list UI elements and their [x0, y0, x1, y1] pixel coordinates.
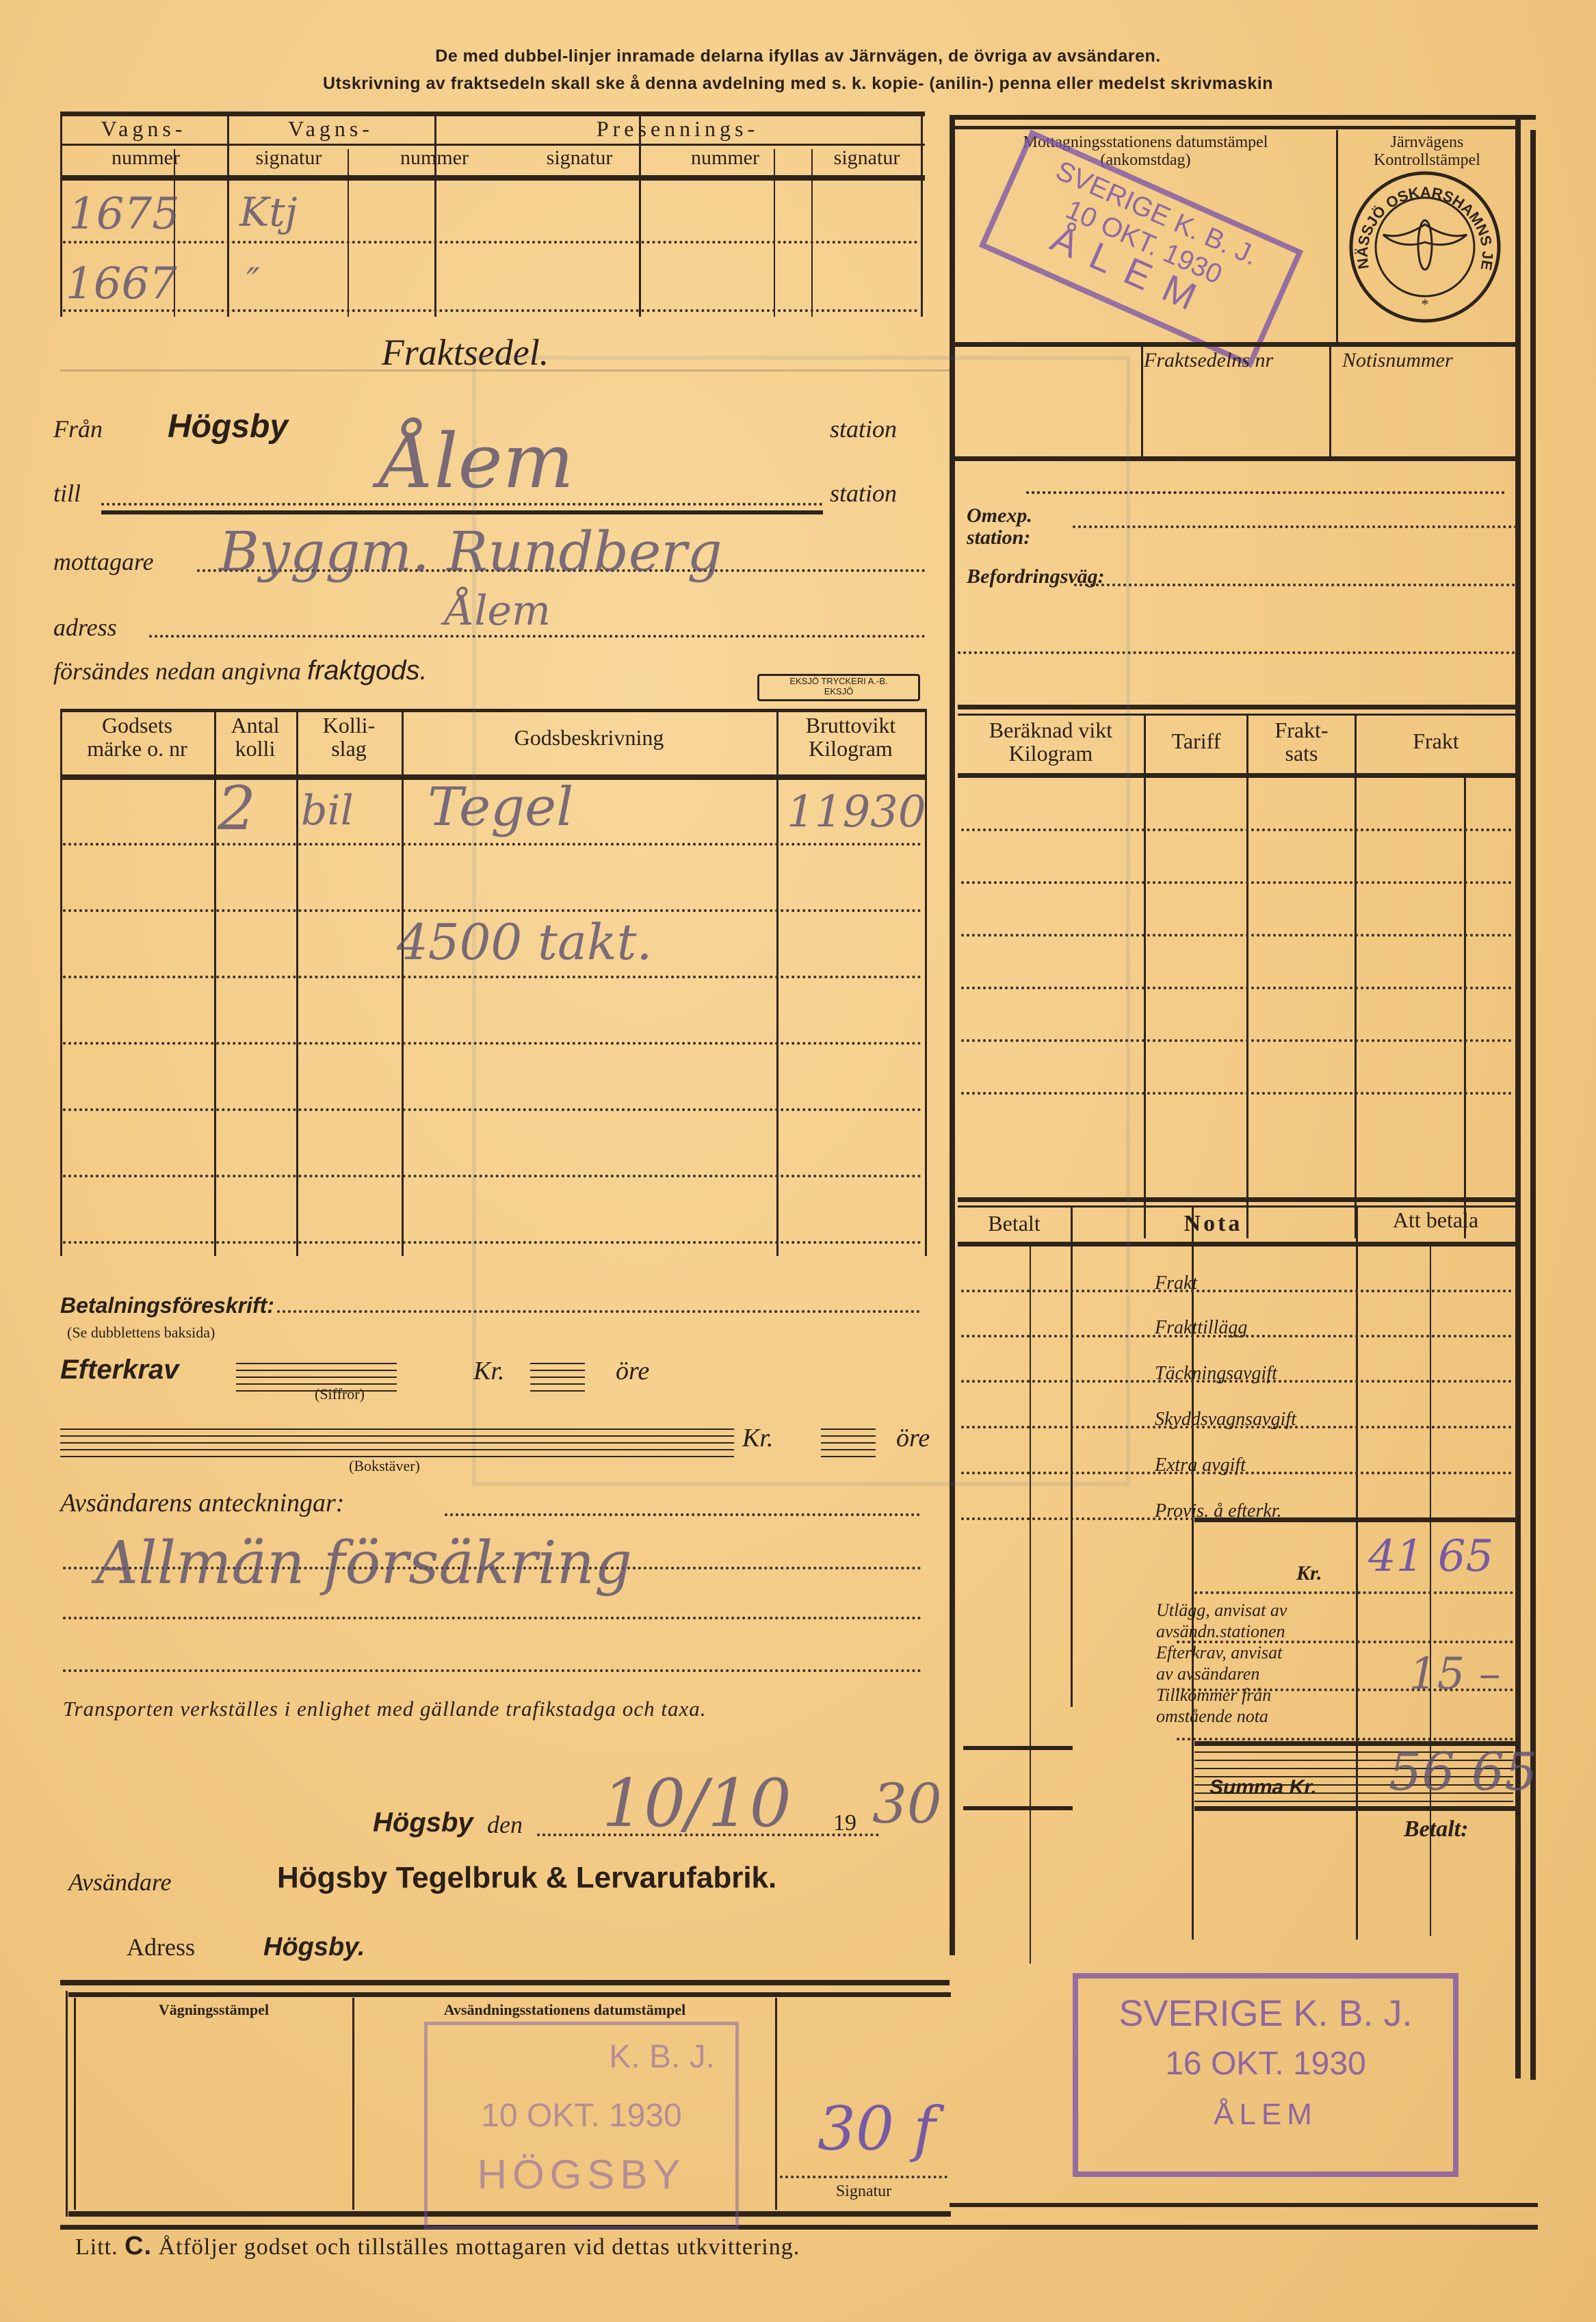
sender-label: Avsändare: [68, 1868, 172, 1896]
dispatch-date-stamp: K. B. J. 10 OKT. 1930 HÖGSBY: [424, 2022, 739, 2230]
tarp-group: Presennings-: [434, 116, 921, 142]
nota-header-att-betala: Att betala: [1356, 1208, 1515, 1233]
goods-header-type-1: Kolli-: [296, 714, 402, 737]
nota-kr-value[interactable]: 41 65: [1368, 1531, 1493, 1582]
wagon-number-1[interactable]: 1675: [68, 189, 180, 239]
weight-header-rate-2: sats: [1248, 742, 1355, 765]
from-label: Från: [53, 415, 103, 443]
wagon-group-2: Vagns-: [227, 116, 434, 142]
footer-litt: Litt.: [75, 2234, 118, 2260]
dispatch-text-main: försändes nedan angivna: [53, 657, 301, 685]
control-label-1: Järnvägens: [1338, 133, 1516, 151]
goods-header-count-1: Antal: [214, 714, 296, 737]
recipient-label: mottagare: [53, 547, 154, 576]
year-input[interactable]: 30: [872, 1772, 942, 1836]
arrival-date-stamp: SVERIGE K. B. J. 16 OKT. 1930 ÅLEM: [1073, 1973, 1458, 2177]
weighing-stamp-label: Vägningsstämpel: [75, 2001, 352, 2019]
dispatch-stamp-line-2: 10 OKT. 1930: [428, 2087, 735, 2145]
cod-ore-label: öre: [616, 1356, 649, 1386]
wagon-signature-1[interactable]: Ktj: [239, 189, 298, 235]
sender-notes-label: Avsändarens anteckningar:: [60, 1488, 344, 1518]
nota-kr-label: Kr.: [1296, 1562, 1322, 1585]
signature-label: Signatur: [776, 2182, 951, 2201]
reception-date-label-text: Mottagningsstationens datumstämpel: [955, 133, 1336, 151]
sender-address-label: Adress: [127, 1933, 195, 1961]
place-label: Högsby: [373, 1808, 473, 1838]
dispatch-stamp-line-3: HÖGSBY: [428, 2145, 735, 2204]
header-instruction-1: De med dubbel-linjer inramade delarna if…: [0, 47, 1596, 66]
sender-notes-input[interactable]: Allmän försäkring: [96, 1529, 632, 1597]
arrival-stamp-line-2: 16 OKT. 1930: [1078, 2039, 1453, 2089]
payment-note: (Se dubblettens baksida): [67, 1324, 215, 1342]
notis-number-field[interactable]: [1332, 376, 1514, 457]
weight-header-rate: Frakt- sats: [1248, 718, 1355, 765]
omexp-input-line[interactable]: [1073, 525, 1517, 528]
reception-date-sub: (ankomstdag): [955, 151, 1336, 169]
sender-address: Högsby.: [263, 1933, 365, 1962]
date-den-label: den: [487, 1810, 523, 1839]
goods-count[interactable]: 2: [218, 773, 256, 844]
befordring-field[interactable]: [1074, 584, 1515, 586]
nota-extra-labels: Utlägg, anvisat av avsändn.stationen Eft…: [1156, 1600, 1287, 1727]
control-label-2: Kontrollstämpel: [1338, 151, 1516, 169]
fraktsedel-number-label: Fraktsedelns nr: [1144, 349, 1273, 372]
weight-header-rate-1: Frakt-: [1248, 718, 1355, 742]
goods-header-count-2: kolli: [214, 737, 296, 760]
tillkommer-label-2: omstående nota: [1156, 1706, 1287, 1727]
sender-name: Högsby Tegelbruk & Lervarufabrik.: [277, 1861, 776, 1895]
bleed-through-form: [472, 356, 1130, 1486]
arrival-stamp-line-1: SVERIGE K. B. J.: [1078, 1988, 1453, 2039]
nota-efterkrav-value[interactable]: 15 –: [1409, 1649, 1501, 1699]
summa-value[interactable]: 56 65: [1389, 1741, 1538, 1802]
dispatch-stamp-line-1: K. B. J.: [428, 2028, 735, 2087]
reception-date-label: Mottagningsstationens datumstämpel (anko…: [955, 133, 1336, 169]
subheader-signatur-3: signatur: [813, 146, 921, 170]
weighing-stamp-area: [77, 2025, 350, 2208]
efterkrav-anvisat-2: av avsändaren: [1156, 1663, 1287, 1684]
subheader-nummer-1: nummer: [60, 146, 231, 170]
from-station: Högsby: [168, 408, 288, 445]
goods-header-mark-2: märke o. nr: [60, 737, 214, 760]
words-ore-label: öre: [896, 1423, 930, 1453]
words-hint: (Bokstäver): [349, 1457, 420, 1475]
header-instruction-2: Utskrivning av fraktsedeln skall ske å d…: [0, 74, 1596, 94]
payment-instruction-label: Betalningsföreskrift:: [60, 1293, 274, 1318]
railway-seal-icon: NÄSSJÖ OSKARSHAMNS JERNVÄG *: [1348, 170, 1502, 324]
subheader-signatur-2: signatur: [520, 146, 639, 170]
efterkrav-anvisat-1: Efterkrav, anvisat: [1156, 1642, 1287, 1663]
cod-label: Efterkrav: [60, 1355, 179, 1385]
subheader-signatur-1: signatur: [230, 146, 348, 170]
to-label: till: [53, 479, 81, 508]
words-kr-label: Kr.: [742, 1423, 773, 1453]
goods-header-type: Kolli- slag: [296, 714, 402, 760]
betalt-label: Betalt:: [1404, 1816, 1468, 1842]
footer-form-letter: C.: [125, 2232, 152, 2260]
fraktsedel-number-field[interactable]: [1144, 376, 1327, 457]
tillkommer-label-1: Tillkommer från: [1156, 1684, 1287, 1706]
dispatch-text: försändes nedan angivna fraktgods.: [53, 655, 428, 686]
wagon-signature-2[interactable]: ″: [246, 260, 260, 303]
goods-header-type-2: slag: [296, 737, 402, 760]
footer-text: Litt. C. Åtföljer godset och tillställes…: [75, 2232, 800, 2261]
notis-number-label: Notisnummer: [1342, 349, 1453, 372]
summa-label: Summa Kr.: [1209, 1776, 1317, 1799]
dispatch-text-goods: fraktgods.: [307, 655, 428, 686]
utlagg-label-1: Utlägg, anvisat av: [1156, 1600, 1287, 1621]
goods-header-mark: Godsets märke o. nr: [60, 714, 214, 760]
cod-kr-label: Kr.: [473, 1356, 504, 1386]
subheader-nummer-2: nummer: [349, 146, 520, 170]
goods-package-type[interactable]: bil: [301, 787, 354, 835]
wagon-group-1: Vagns-: [60, 116, 227, 142]
goods-header-mark-1: Godsets: [60, 714, 214, 737]
figures-hint: (Siffror): [315, 1385, 365, 1403]
signature-input[interactable]: 30 f: [817, 2093, 936, 2164]
payment-instruction-field[interactable]: [277, 1310, 920, 1313]
arrival-stamp-line-3: ÅLEM: [1078, 2089, 1453, 2140]
wagon-number-2[interactable]: 1667: [66, 259, 177, 309]
subheader-nummer-3: nummer: [639, 146, 811, 170]
svg-text:*: *: [1422, 296, 1429, 313]
weight-header-freight: Frakt: [1357, 729, 1515, 754]
year-prefix: 19: [833, 1810, 856, 1836]
footer-instructions: Åtföljer godset och tillställes mottagar…: [159, 2234, 800, 2260]
transport-terms: Transporten verkställes i enlighet med g…: [63, 1697, 706, 1721]
control-stamp-label: Järnvägens Kontrollstämpel: [1338, 133, 1516, 169]
date-input[interactable]: 10/10: [602, 1765, 792, 1842]
utlagg-label-2: avsändn.stationen: [1156, 1621, 1287, 1642]
address-label: adress: [53, 613, 117, 642]
dispatch-date-stamp-label: Avsändningsstationens datumstämpel: [354, 2001, 775, 2019]
weight-header-tariff: Tariff: [1146, 729, 1246, 754]
goods-header-count: Antal kolli: [214, 714, 296, 760]
